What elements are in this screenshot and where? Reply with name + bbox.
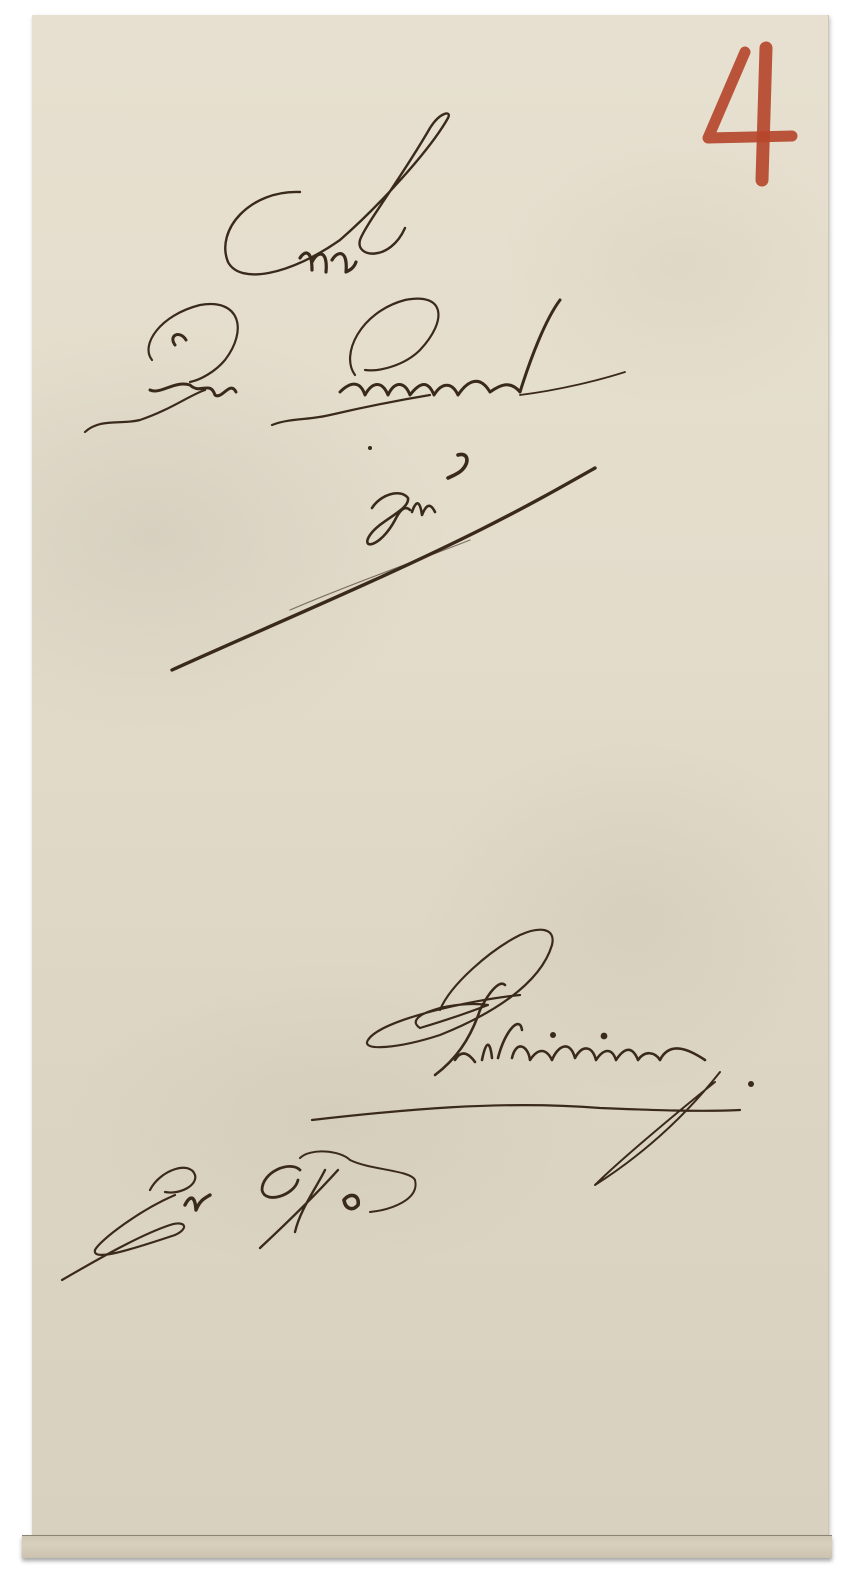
handwriting-layer: [0, 0, 850, 1582]
address-line-zu: [172, 454, 595, 670]
address-line-an: [225, 113, 449, 274]
endorsement-ex-offo: [62, 1151, 416, 1280]
address-line-recipient: [85, 299, 625, 450]
address-destination: [312, 930, 754, 1185]
